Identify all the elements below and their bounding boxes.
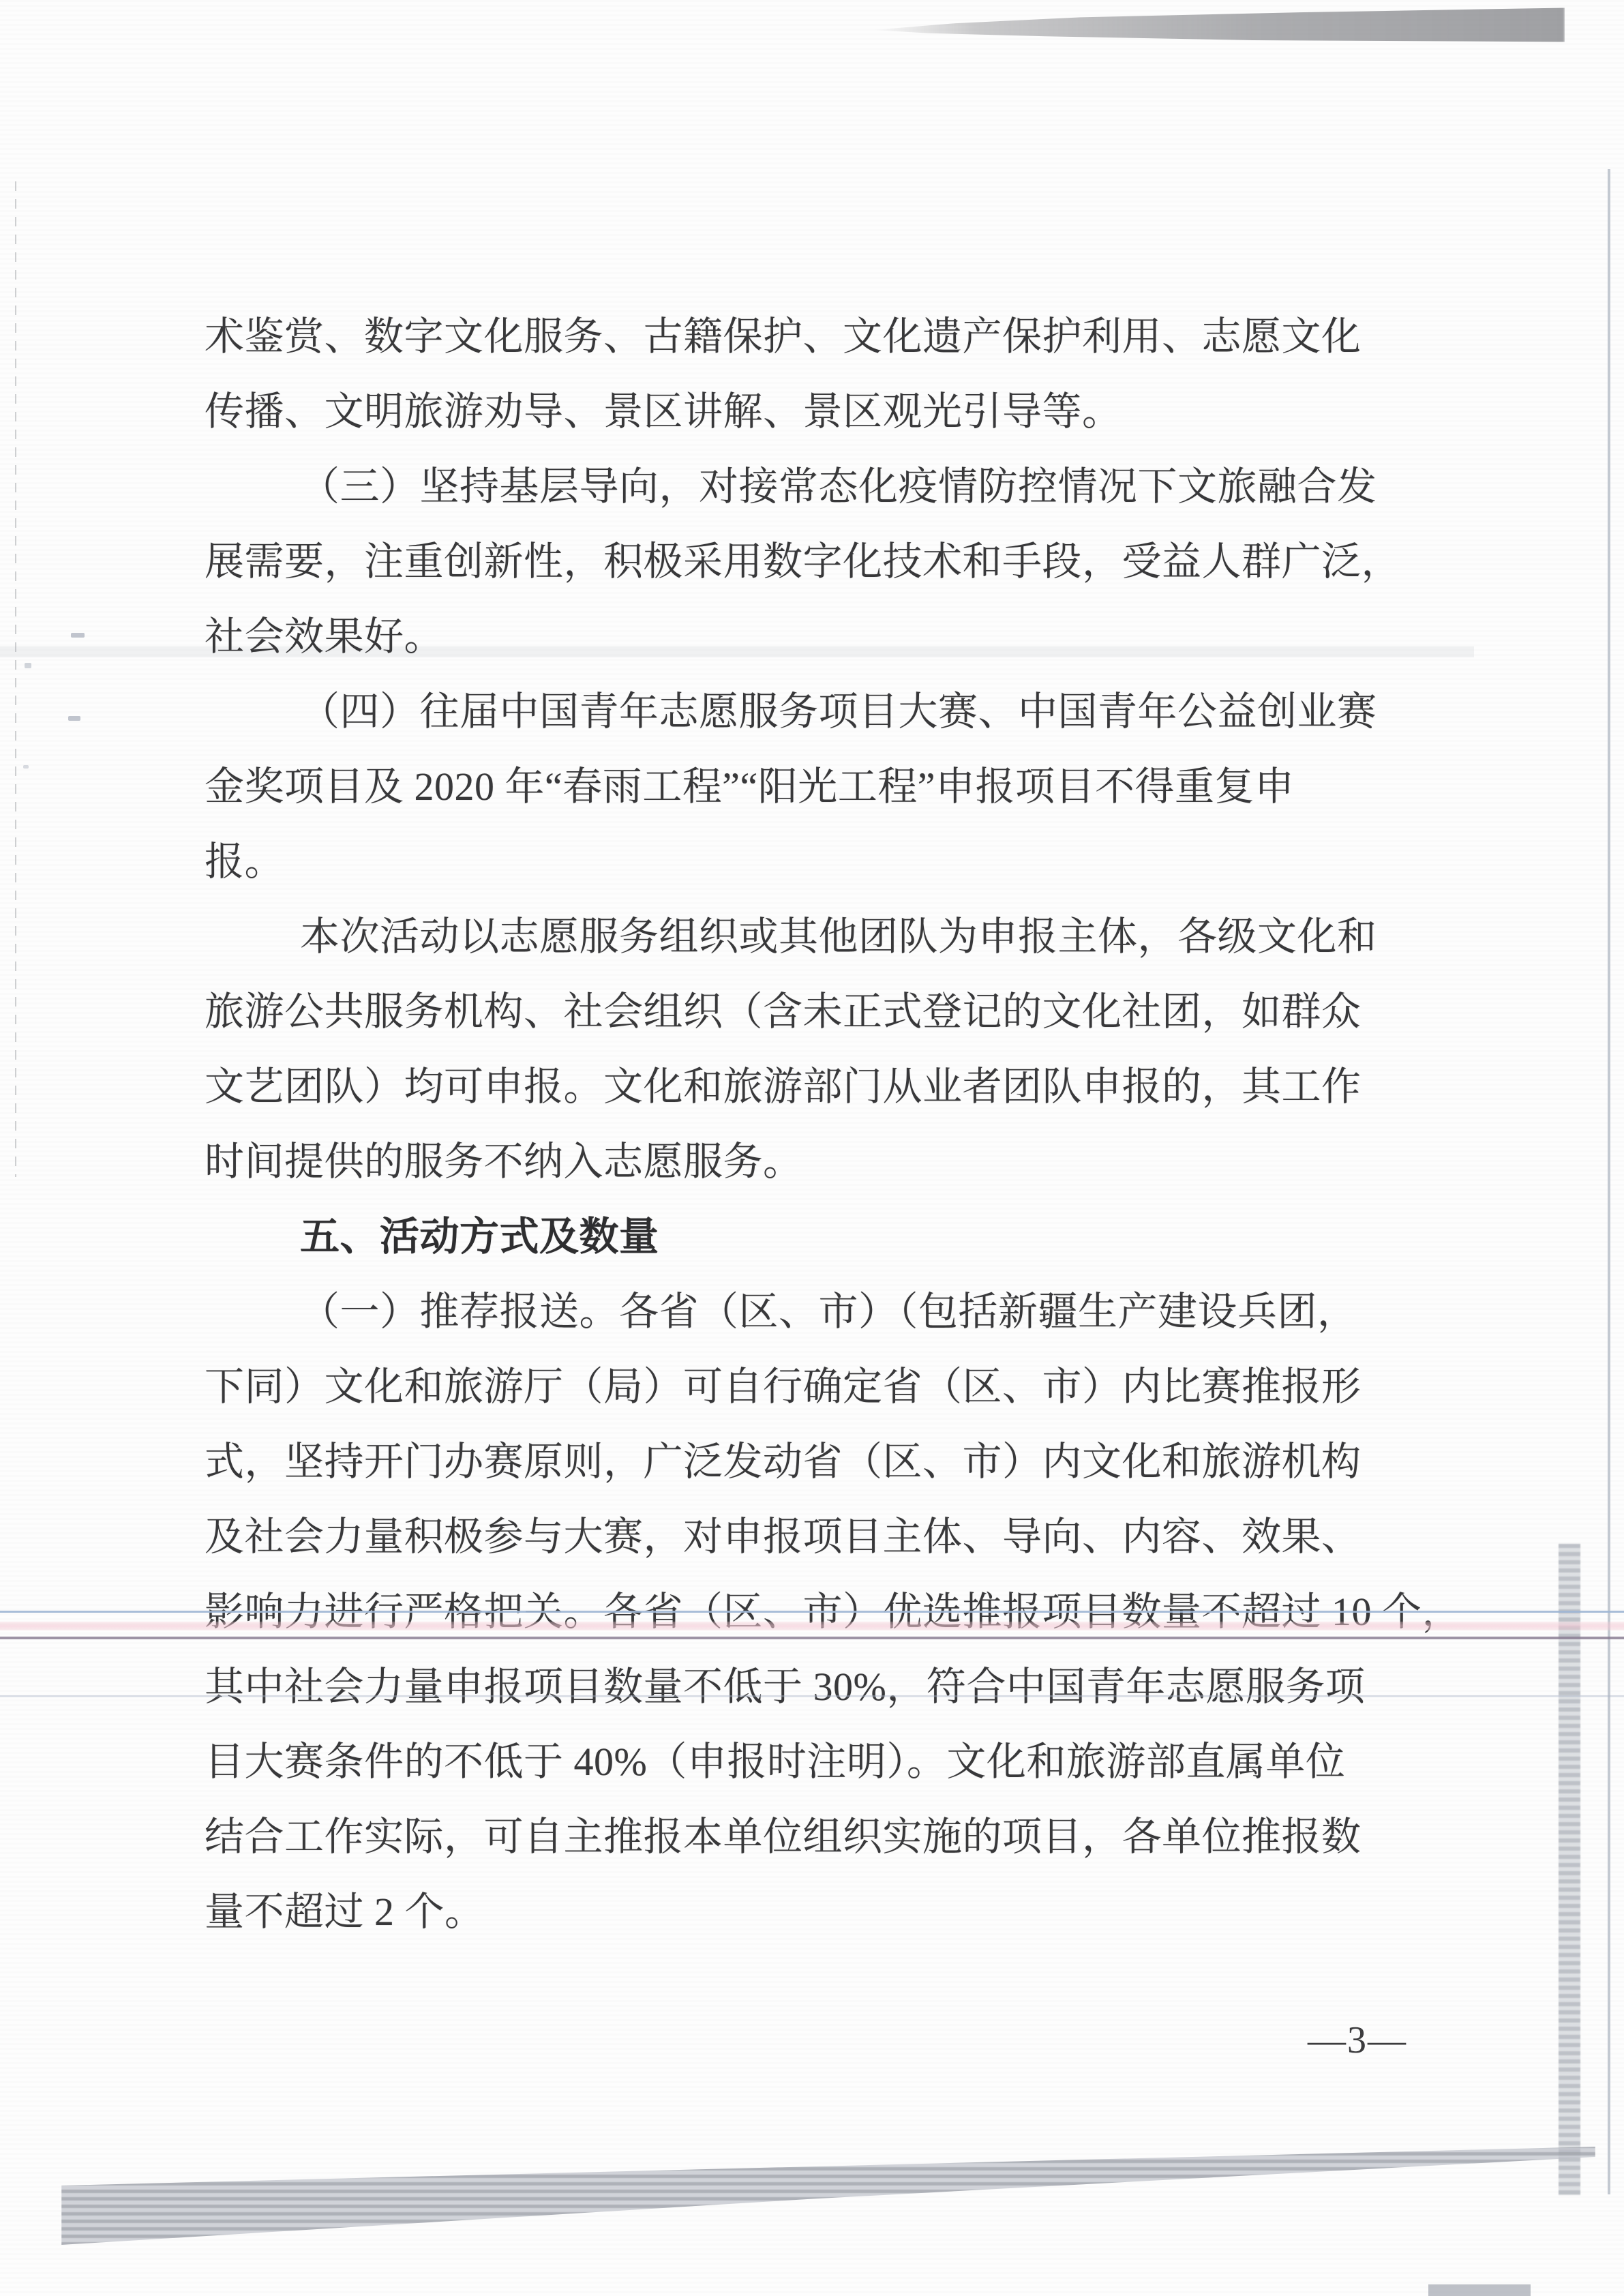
- scan-mark-corner: [1428, 2284, 1531, 2296]
- scanned-document-page: 术鉴赏、数字文化服务、古籍保护、文化遗产保护利用、志愿文化传播、文明旅游劝导、景…: [0, 0, 1624, 2296]
- text-line: 传播、文明旅游劝导、景区讲解、景区观光引导等。: [205, 374, 1500, 449]
- scan-band-vertical: [1559, 1544, 1580, 2195]
- text-line: 五、活动方式及数量: [205, 1199, 1500, 1274]
- scan-line-vertical: [1608, 169, 1610, 2194]
- scan-edge-line-left: [15, 181, 16, 1177]
- scan-band-pink: [0, 1622, 1624, 1630]
- text-line: 时间提供的服务不纳入志愿服务。: [205, 1124, 1500, 1199]
- text-line: （一）推荐报送。各省（区、市）（包括新疆生产建设兵团，: [205, 1274, 1500, 1350]
- text-line: 报。: [205, 824, 1500, 899]
- scan-wedge-bottom: [61, 2145, 1595, 2247]
- text-line: 结合工作实际，可自主推报本单位组织实施的项目，各单位推报数: [205, 1800, 1500, 1875]
- text-line: 式，坚持开门办赛原则，广泛发动省（区、市）内文化和旅游机构: [205, 1425, 1500, 1500]
- text-line: （三）坚持基层导向，对接常态化疫情防控情况下文旅融合发: [205, 449, 1500, 524]
- text-line: 目大赛条件的不低于 40%（申报时注明）。文化和旅游部直属单位: [205, 1725, 1500, 1800]
- scan-speck: [23, 765, 29, 769]
- scan-line-blue: [0, 1611, 1624, 1613]
- text-line: 下同）文化和旅游厅（局）可自行确定省（区、市）内比赛推报形: [205, 1350, 1500, 1425]
- text-line: 金奖项目及 2020 年“春雨工程”“阳光工程”申报项目不得重复申: [205, 749, 1500, 824]
- scan-smudge-top: [873, 5, 1565, 45]
- text-line: 本次活动以志愿服务组织或其他团队为申报主体，各级文化和: [205, 899, 1500, 974]
- text-line: 及社会力量积极参与大赛，对申报项目主体、导向、内容、效果、: [205, 1500, 1500, 1575]
- text-line: 量不超过 2 个。: [205, 1875, 1500, 1950]
- document-text-block: 术鉴赏、数字文化服务、古籍保护、文化遗产保护利用、志愿文化传播、文明旅游劝导、景…: [205, 299, 1500, 1950]
- text-line: 文艺团队）均可申报。文化和旅游部门从业者团队申报的，其工作: [205, 1049, 1500, 1124]
- text-line: 术鉴赏、数字文化服务、古籍保护、文化遗产保护利用、志愿文化: [205, 299, 1500, 374]
- text-line: 旅游公共服务机构、社会组织（含未正式登记的文化社团，如群众: [205, 974, 1500, 1049]
- scan-line-faint: [0, 1695, 1624, 1697]
- text-line: 其中社会力量申报项目数量不低于 30%，符合中国青年志愿服务项: [205, 1650, 1500, 1725]
- scan-speck: [68, 716, 80, 721]
- text-line: 展需要，注重创新性，积极采用数字化技术和手段，受益人群广泛，: [205, 524, 1500, 599]
- scan-line-purple: [0, 1637, 1624, 1639]
- page-number: —3—: [1308, 2018, 1407, 2062]
- text-line: 社会效果好。: [205, 599, 1500, 674]
- scan-speck: [25, 663, 31, 668]
- scan-speck: [71, 633, 85, 638]
- text-line: （四）往届中国青年志愿服务项目大赛、中国青年公益创业赛: [205, 674, 1500, 749]
